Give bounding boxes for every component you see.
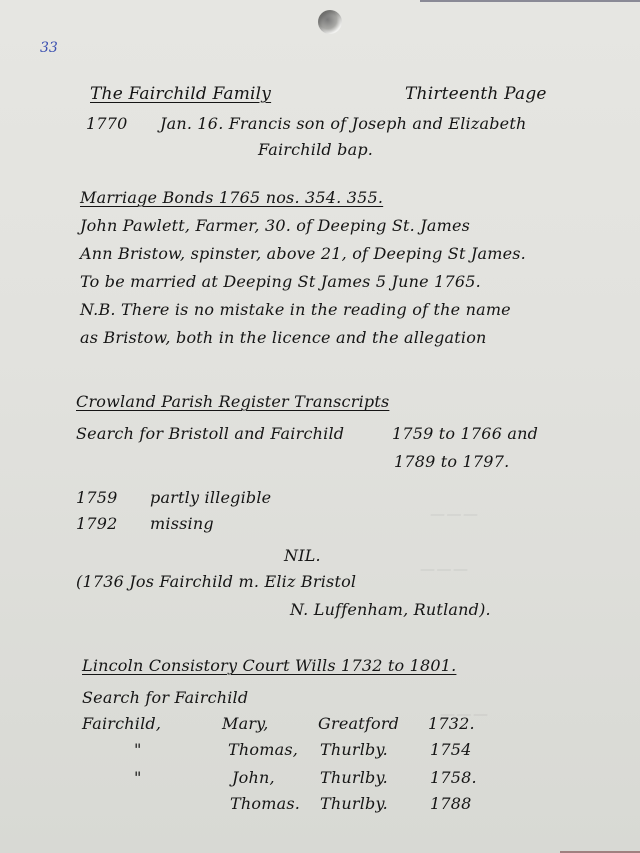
crowland-note-year: 1792 <box>76 514 118 533</box>
crowland-range-1: 1759 to 1766 and <box>392 424 538 443</box>
lincoln-heading: Lincoln Consistory Court Wills 1732 to 1… <box>82 656 456 675</box>
crowland-aside-line-1: (1736 Jos Fairchild m. Eliz Bristol <box>76 572 356 591</box>
will-surname-ditto: " <box>134 740 142 759</box>
punch-hole <box>318 10 342 34</box>
marriage-bonds-line: Ann Bristow, spinster, above 21, of Deep… <box>80 244 526 263</box>
crowland-search-line: Search for Bristoll and Fairchild <box>76 424 344 443</box>
handwritten-page: — — — — — — — — — 33 The Fairchild Famil… <box>0 0 640 853</box>
will-year: 1788 <box>430 794 472 813</box>
will-year: 1732. <box>428 714 475 733</box>
document-title: The Fairchild Family <box>90 84 271 104</box>
will-forename: John, <box>232 768 275 787</box>
will-surname-ditto: " <box>134 768 142 787</box>
crowland-note-year: 1759 <box>76 488 118 507</box>
marriage-bonds-line: John Pawlett, Farmer, 30. of Deeping St.… <box>80 216 470 235</box>
baptism-year: 1770 <box>86 114 128 133</box>
bleed-through-text: — — — <box>420 560 468 578</box>
crowland-aside-line-2: N. Luffenham, Rutland). <box>290 600 491 619</box>
marriage-bonds-note: as Bristow, both in the licence and the … <box>80 328 487 347</box>
will-place: Thurlby. <box>320 740 388 759</box>
crowland-result: NIL. <box>284 546 321 565</box>
page-number: 33 <box>40 40 58 56</box>
will-forename: Mary, <box>222 714 269 733</box>
baptism-line-2: Fairchild bap. <box>258 140 373 159</box>
will-forename: Thomas. <box>230 794 300 813</box>
will-surname: Fairchild, <box>82 714 161 733</box>
crowland-note-text: partly illegible <box>150 488 271 507</box>
will-place: Greatford <box>318 714 399 733</box>
baptism-line-1: Jan. 16. Francis son of Joseph and Eliza… <box>160 114 526 133</box>
will-forename: Thomas, <box>228 740 298 759</box>
will-year: 1754 <box>430 740 472 759</box>
bleed-through-text: — — — <box>430 505 478 523</box>
will-year: 1758. <box>430 768 477 787</box>
will-place: Thurlby. <box>320 794 388 813</box>
paper-top-edge <box>420 0 640 2</box>
crowland-note-text: missing <box>150 514 214 533</box>
crowland-range-2: 1789 to 1797. <box>394 452 509 471</box>
crowland-heading: Crowland Parish Register Transcripts <box>76 392 389 411</box>
will-place: Thurlby. <box>320 768 388 787</box>
marriage-bonds-heading: Marriage Bonds 1765 nos. 354. 355. <box>80 188 383 207</box>
lincoln-search-line: Search for Fairchild <box>82 688 248 707</box>
marriage-bonds-note: N.B. There is no mistake in the reading … <box>80 300 511 319</box>
page-label: Thirteenth Page <box>405 84 547 104</box>
marriage-bonds-line: To be married at Deeping St James 5 June… <box>80 272 481 291</box>
